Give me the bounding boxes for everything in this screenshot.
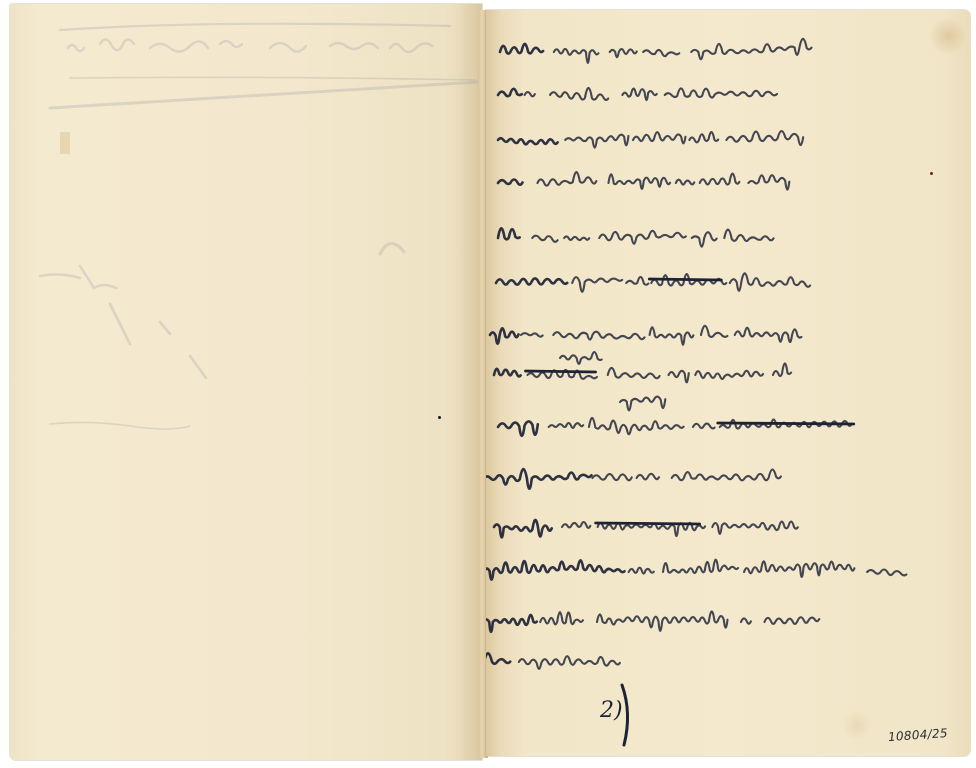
page-number-text: 2)	[600, 698, 623, 723]
notebook-spread: 2) 10804/25	[0, 0, 976, 768]
shorthand-handwriting	[486, 10, 970, 756]
left-page-showthrough	[10, 4, 482, 760]
stray-ink-dot	[438, 416, 441, 419]
left-page	[10, 4, 482, 760]
right-page: 2) 10804/25	[486, 10, 970, 756]
page-number: 2)	[600, 698, 623, 723]
